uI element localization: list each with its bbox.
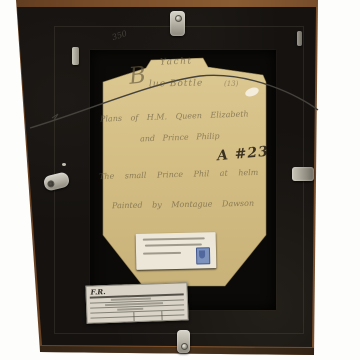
framed-picture-back-photo: 350 Yacht B lue Bottle (13) Plans of H.M… [0, 0, 360, 360]
dealer-form-label: F.R. [85, 282, 188, 324]
screw-eye-right [297, 31, 302, 46]
inscription-number: (13) [224, 81, 238, 88]
stamp-shield-detail [199, 250, 205, 258]
frame-clip-bottom [177, 330, 190, 353]
label-column-divider [161, 311, 162, 320]
label-column-divider [133, 312, 134, 321]
blue-shield-stamp-icon [196, 247, 210, 264]
frame-clip-top [170, 11, 185, 36]
illegible-print-line [143, 237, 205, 240]
paint-speck [62, 163, 66, 166]
inscription-title: lue Bottle [149, 80, 203, 90]
screw-icon [181, 343, 188, 350]
screw-hole-icon [47, 180, 55, 188]
frame-clip-right [292, 167, 314, 181]
illegible-print-line [145, 243, 202, 246]
inscription-title-initial: B [128, 64, 147, 89]
maker-label [136, 232, 217, 270]
screw-icon [175, 15, 182, 22]
illegible-print-line [143, 252, 181, 255]
screw-eye-left [72, 47, 79, 65]
label-rule [90, 314, 184, 318]
inscription-yacht: Yacht [160, 57, 193, 67]
